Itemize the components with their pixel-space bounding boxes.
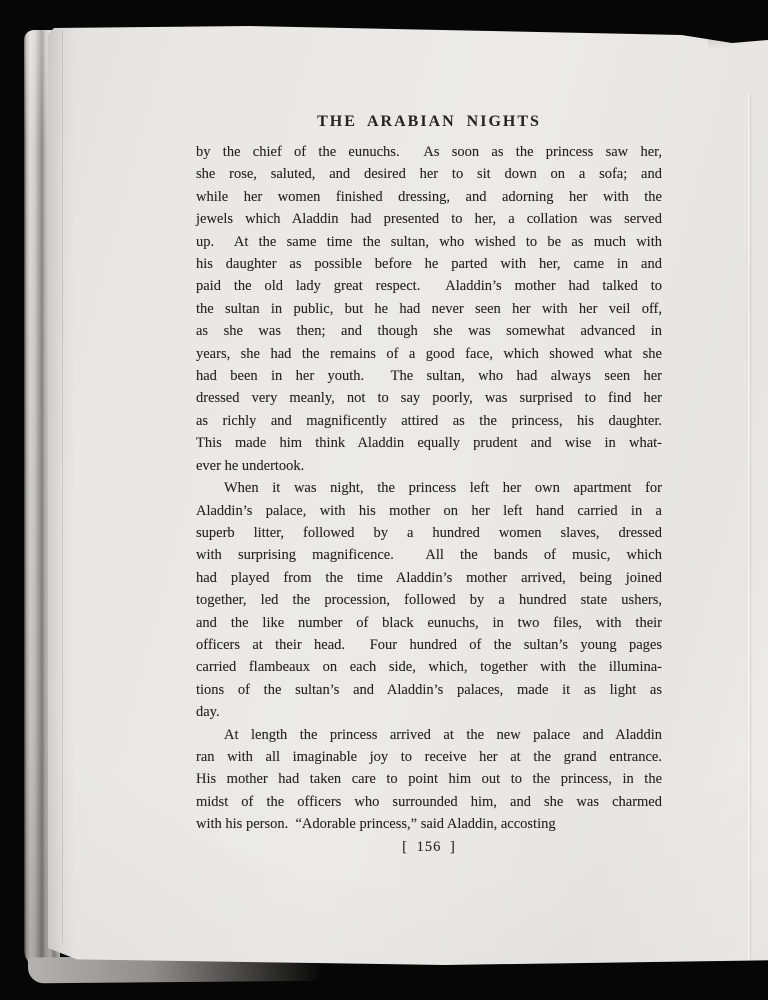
text-line: by the chief of the eunuchs. As soon as …: [196, 141, 662, 163]
text-line: had been in her youth. The sultan, who h…: [196, 365, 662, 387]
running-head: THE ARABIAN NIGHTS: [196, 113, 662, 131]
text-line: carried flambeaux on each side, which, t…: [196, 656, 662, 678]
text-line: the sultan in public, but he had never s…: [196, 298, 662, 320]
text-line: jewels which Aladdin had presented to he…: [196, 208, 662, 230]
text-line: years, she had the remains of a good fac…: [196, 343, 662, 365]
text-line: had played from the time Aladdin’s mothe…: [196, 567, 662, 589]
text-line: with his person. “Adorable princess,” sa…: [196, 813, 662, 835]
paragraph: At length the princess arrived at the ne…: [196, 724, 662, 836]
text-line: ran with all imaginable joy to receive h…: [196, 746, 662, 768]
text-line: together, led the procession, followed b…: [196, 589, 662, 611]
text-line: she rose, saluted, and desired her to si…: [196, 163, 662, 185]
text-line: Aladdin’s palace, with his mother on her…: [196, 500, 662, 522]
text-line: while her women finished dressing, and a…: [196, 186, 662, 208]
text-line: as she was then; and though she was some…: [196, 320, 662, 342]
book-photo: THE ARABIAN NIGHTS by the chief of the e…: [0, 0, 768, 1000]
text-line: his daughter as possible before he parte…: [196, 253, 662, 275]
text-line: This made him think Aladdin equally prud…: [196, 432, 662, 454]
text-line: midst of the officers who surrounded him…: [196, 791, 662, 813]
paragraph: by the chief of the eunuchs. As soon as …: [196, 141, 662, 477]
text-line: as richly and magnificently attired as t…: [196, 410, 662, 432]
text-line: day.: [196, 701, 662, 723]
page-text: by the chief of the eunuchs. As soon as …: [196, 141, 662, 858]
text-line: with surprising magnificence. All the ba…: [196, 544, 662, 566]
page-number: [ 156 ]: [196, 836, 662, 858]
text-line: When it was night, the princess left her…: [196, 477, 662, 499]
corner-fold: [708, 32, 768, 48]
text-line: superb litter, followed by a hundred wom…: [196, 522, 662, 544]
text-line: His mother had taken care to point him o…: [196, 768, 662, 790]
text-line: paid the old lady great respect. Aladdin…: [196, 275, 662, 297]
text-line: and the like number of black eunuchs, in…: [196, 612, 662, 634]
text-line: up. At the same time the sultan, who wis…: [196, 231, 662, 253]
gutter-crease-line: [62, 30, 63, 943]
paragraph: When it was night, the princess left her…: [196, 477, 662, 723]
page-crease: [746, 94, 752, 964]
text-line: dressed very meanly, not to say poorly, …: [196, 387, 662, 409]
text-line: tions of the sultan’s and Aladdin’s pala…: [196, 679, 662, 701]
text-line: officers at their head. Four hundred of …: [196, 634, 662, 656]
text-line: ever he undertook.: [196, 455, 662, 477]
text-line: At length the princess arrived at the ne…: [196, 724, 662, 746]
